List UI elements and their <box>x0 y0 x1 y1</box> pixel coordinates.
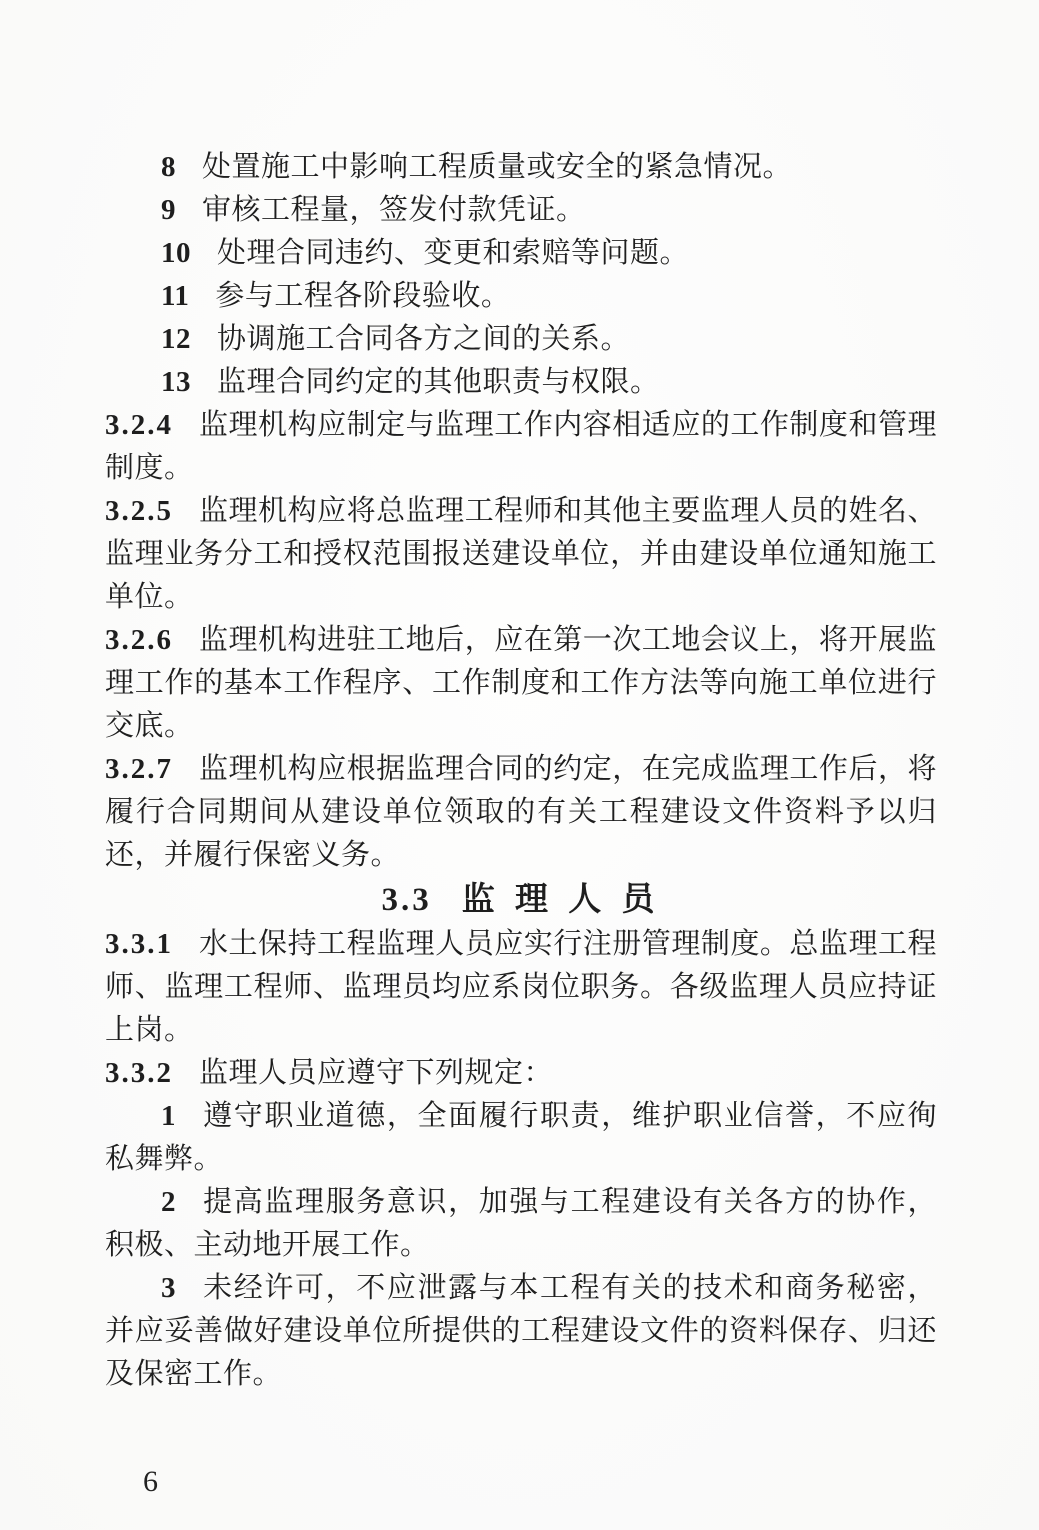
clause-paragraph: 3.2.5监理机构应将总监理工程师和其他主要监理人员的姓名、监理业务分工和授权范… <box>105 490 937 619</box>
item-number: 13 <box>161 366 217 398</box>
clause-text: 监理人员应遵守下列规定： <box>199 1057 553 1089</box>
item-text: 处置施工中影响工程质量或安全的紧急情况。 <box>202 151 792 183</box>
list-item: 11参与工程各阶段验收。 <box>105 275 937 318</box>
clause-text: 水土保持工程监理人员应实行注册管理制度。总监理工程师、监理工程师、监理员均应系岗… <box>105 928 937 1046</box>
list-item: 12协调施工合同各方之间的关系。 <box>105 318 937 361</box>
list-item: 1遵守职业道德，全面履行职责，维护职业信誉，不应徇私舞弊。 <box>105 1095 937 1181</box>
list-item: 8处置施工中影响工程质量或安全的紧急情况。 <box>105 146 937 189</box>
clause-number: 3.2.5 <box>105 495 199 527</box>
section-heading: 3.3监 理 人 员 <box>105 877 937 923</box>
clause-number: 3.3.1 <box>105 928 199 960</box>
clause-number: 3.3.2 <box>105 1057 199 1089</box>
clause-paragraph: 3.2.4监理机构应制定与监理工作内容相适应的工作制度和管理制度。 <box>105 404 937 490</box>
item-number: 2 <box>161 1186 202 1218</box>
page-number: 6 <box>143 1460 158 1503</box>
document-page: 8处置施工中影响工程质量或安全的紧急情况。 9审核工程量，签发付款凭证。 10处… <box>0 0 1039 1530</box>
section-heading-number: 3.3 <box>382 882 462 918</box>
clause-number: 3.2.6 <box>105 624 199 656</box>
list-item: 9审核工程量，签发付款凭证。 <box>105 189 937 232</box>
clause-text: 监理机构应将总监理工程师和其他主要监理人员的姓名、监理业务分工和授权范围报送建设… <box>105 495 937 613</box>
item-number: 1 <box>161 1100 202 1132</box>
item-text: 处理合同违约、变更和索赔等问题。 <box>217 237 689 269</box>
item-text: 未经许可，不应泄露与本工程有关的技术和商务秘密，并应妥善做好建设单位所提供的工程… <box>105 1272 937 1390</box>
clause-text: 监理机构应制定与监理工作内容相适应的工作制度和管理制度。 <box>105 409 937 484</box>
item-text: 参与工程各阶段验收。 <box>215 280 510 312</box>
list-item: 10处理合同违约、变更和索赔等问题。 <box>105 232 937 275</box>
item-text: 监理合同约定的其他职责与权限。 <box>217 366 660 398</box>
item-number: 11 <box>161 280 215 312</box>
list-item: 3未经许可，不应泄露与本工程有关的技术和商务秘密，并应妥善做好建设单位所提供的工… <box>105 1267 937 1396</box>
clause-paragraph: 3.3.1水土保持工程监理人员应实行注册管理制度。总监理工程师、监理工程师、监理… <box>105 923 937 1052</box>
item-text: 遵守职业道德，全面履行职责，维护职业信誉，不应徇私舞弊。 <box>105 1100 937 1175</box>
item-number: 8 <box>161 151 202 183</box>
page-content: 8处置施工中影响工程质量或安全的紧急情况。 9审核工程量，签发付款凭证。 10处… <box>105 146 937 1396</box>
item-number: 10 <box>161 237 217 269</box>
item-text: 提高监理服务意识，加强与工程建设有关各方的协作，积极、主动地开展工作。 <box>105 1186 937 1261</box>
list-item: 13监理合同约定的其他职责与权限。 <box>105 361 937 404</box>
clause-number: 3.2.4 <box>105 409 199 441</box>
clause-paragraph: 3.2.6监理机构进驻工地后，应在第一次工地会议上，将开展监理工作的基本工作程序… <box>105 619 937 748</box>
list-item: 2提高监理服务意识，加强与工程建设有关各方的协作，积极、主动地开展工作。 <box>105 1181 937 1267</box>
clause-text: 监理机构应根据监理合同的约定，在完成监理工作后，将履行合同期间从建设单位领取的有… <box>105 753 937 871</box>
item-number: 9 <box>161 194 202 226</box>
item-text: 协调施工合同各方之间的关系。 <box>217 323 630 355</box>
section-heading-title: 监 理 人 员 <box>462 882 661 918</box>
item-text: 审核工程量，签发付款凭证。 <box>202 194 586 226</box>
clause-paragraph: 3.2.7监理机构应根据监理合同的约定，在完成监理工作后，将履行合同期间从建设单… <box>105 748 937 877</box>
item-number: 3 <box>161 1272 202 1304</box>
clause-number: 3.2.7 <box>105 753 199 785</box>
clause-paragraph: 3.3.2监理人员应遵守下列规定： <box>105 1052 937 1095</box>
clause-text: 监理机构进驻工地后，应在第一次工地会议上，将开展监理工作的基本工作程序、工作制度… <box>105 624 937 742</box>
item-number: 12 <box>161 323 217 355</box>
